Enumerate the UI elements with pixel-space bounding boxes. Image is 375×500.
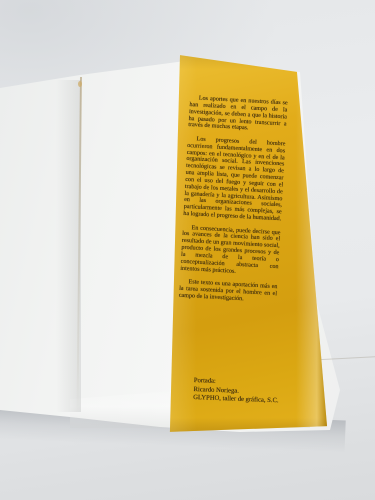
flap-paragraph: En consecuencia, puede decirse que los a…: [180, 224, 281, 277]
page-crease-mark: [78, 81, 82, 87]
flap-blurb: Los aportes que en nuestros días se han …: [179, 95, 288, 305]
book-photo: Los aportes que en nuestros días se han …: [0, 0, 375, 500]
flap-credits: Portada: Ricardo Noriega. GLYPHO, taller…: [193, 377, 320, 408]
flap-paragraph: Los aportes que en nuestros días se han …: [188, 95, 288, 135]
flap-paragraph: Los progresos del hombre ocurrieron fund…: [183, 136, 285, 223]
